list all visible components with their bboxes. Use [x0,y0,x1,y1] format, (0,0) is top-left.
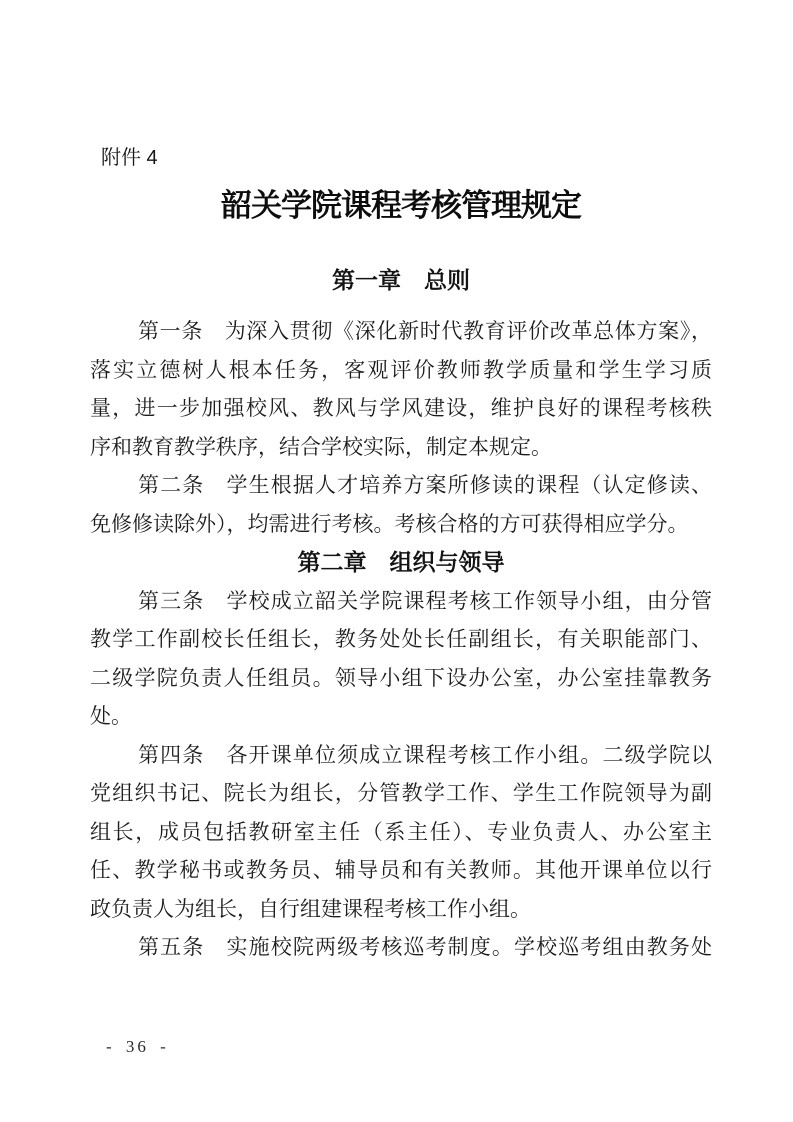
article-4-line: 第四条 各开课单位须成立课程考核工作小组。二级学院以 [90,736,712,775]
article-4-line: 组长，成员包括教研室主任（系主任）、专业负责人、办公室主 [90,813,712,852]
article-3-line: 教学工作副校长任组长，教务处处长任副组长，有关职能部门、 [90,620,712,659]
chapter-1-heading: 第一章 总则 [90,266,712,294]
article-2-paragraph: 第二条 学生根据人才培养方案所修读的课程（认定修读、 免修修读除外），均需进行考… [90,466,712,543]
article-1-line: 落实立德树人根本任务，客观评价教师教学质量和学生学习质 [90,351,712,390]
article-1-line: 第一条 为深入贯彻《深化新时代教育评价改革总体方案》， [90,312,712,351]
attachment-label: 附件 4 [101,146,158,170]
document-body: 第一条 为深入贯彻《深化新时代教育评价改革总体方案》， 落实立德树人根本任务，客… [90,312,712,967]
article-1-paragraph: 第一条 为深入贯彻《深化新时代教育评价改革总体方案》， 落实立德树人根本任务，客… [90,312,712,466]
article-4-line: 政负责人为组长，自行组建课程考核工作小组。 [90,890,712,929]
article-3-line: 二级学院负责人任组员。领导小组下设办公室，办公室挂靠教务 [90,659,712,698]
article-3-paragraph: 第三条 学校成立韶关学院课程考核工作领导小组，由分管 教学工作副校长任组长，教务… [90,582,712,736]
chapter-2-heading: 第二章 组织与领导 [90,543,712,582]
article-3-line: 第三条 学校成立韶关学院课程考核工作领导小组，由分管 [90,582,712,621]
article-2-line: 第二条 学生根据人才培养方案所修读的课程（认定修读、 [90,466,712,505]
article-4-paragraph: 第四条 各开课单位须成立课程考核工作小组。二级学院以 党组织书记、院长为组长，分… [90,736,712,929]
document-title: 韶关学院课程考核管理规定 [90,186,712,226]
article-4-line: 党组织书记、院长为组长，分管教学工作、学生工作院领导为副 [90,774,712,813]
article-3-line: 处。 [90,697,712,736]
page-number: - 36 - [106,1037,169,1057]
article-5-paragraph: 第五条 实施校院两级考核巡考制度。学校巡考组由教务处 [90,928,712,967]
document-page: 附件 4 韶关学院课程考核管理规定 第一章 总则 第一条 为深入贯彻《深化新时代… [0,0,793,1122]
article-5-line: 第五条 实施校院两级考核巡考制度。学校巡考组由教务处 [90,928,712,967]
article-1-line: 序和教育教学秩序，结合学校实际，制定本规定。 [90,428,712,467]
article-1-line: 量，进一步加强校风、教风与学风建设，维护良好的课程考核秩 [90,389,712,428]
article-4-line: 任、教学秘书或教务员、辅导员和有关教师。其他开课单位以行 [90,851,712,890]
article-2-line: 免修修读除外），均需进行考核。考核合格的方可获得相应学分。 [90,505,712,544]
